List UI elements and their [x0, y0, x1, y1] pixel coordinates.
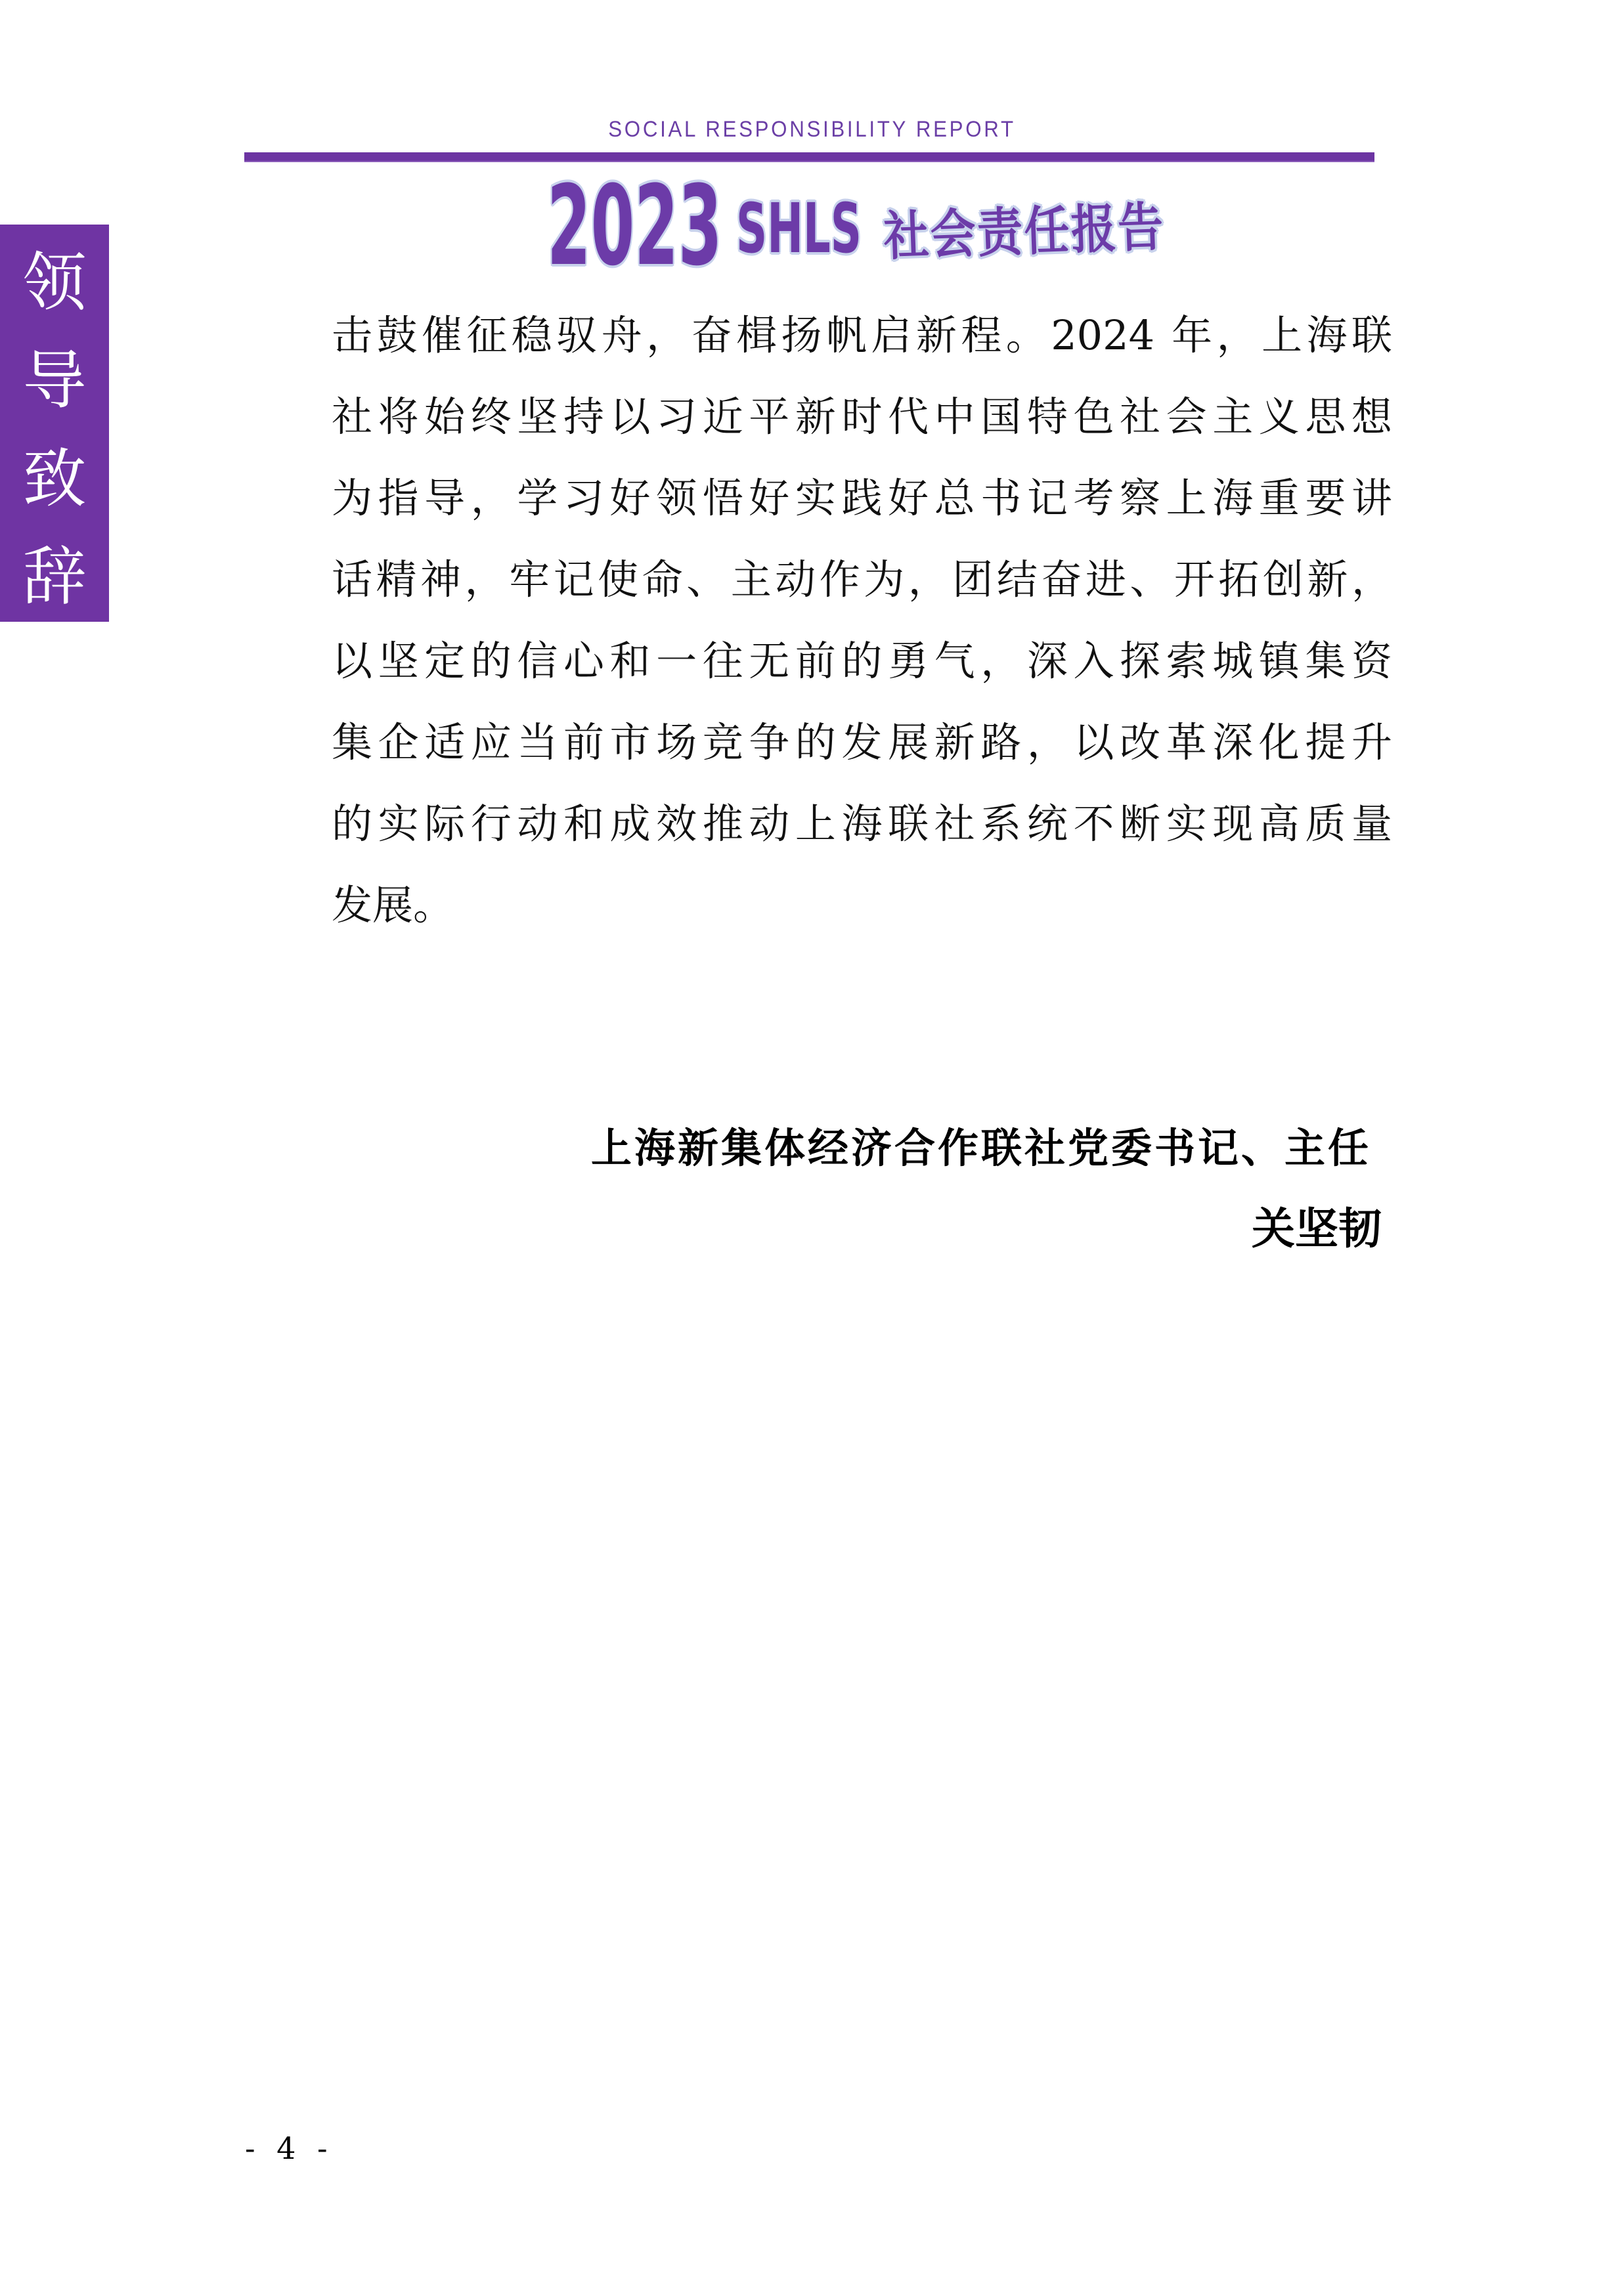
body-line: 的实际行动和成效推动上海联社系统不断实现高质量	[332, 783, 1392, 865]
logo-abbr: SHLS	[736, 198, 862, 260]
chapter-tab-char: 辞	[23, 545, 87, 609]
signature-title: 上海新集体经济合作联社党委书记、主任	[591, 1125, 1371, 1171]
body-line: 击鼓催征稳驭舟，奋楫扬帆启新程。2024 年，上海联	[332, 295, 1392, 376]
chapter-tab-char: 致	[23, 447, 87, 511]
report-page: SOCIAL RESPONSIBILITY REPORT 2023 SHLS 社…	[0, 0, 1624, 2296]
chapter-tab-leadership-address: 领 导 致 辞	[0, 225, 109, 622]
body-line: 集企适应当前市场竞争的发展新路，以改革深化提升	[332, 702, 1392, 783]
header-divider-bar	[244, 152, 1374, 162]
body-line: 社将始终坚持以习近平新时代中国特色社会主义思想	[332, 376, 1392, 458]
body-line: 发展。	[332, 865, 1392, 946]
chapter-tab-char: 导	[23, 349, 87, 412]
header-eyebrow-text: SOCIAL RESPONSIBILITY REPORT	[65, 117, 1559, 142]
body-line: 以坚定的信心和一往无前的勇气，深入探索城镇集资	[332, 620, 1392, 702]
page-number: - 4 -	[245, 2130, 328, 2167]
body-line: 为指导，学习好领悟好实践好总书记考察上海重要讲	[332, 458, 1392, 539]
signature-name: 关坚韧	[1252, 1204, 1382, 1253]
body-line: 话精神，牢记使命、主动作为，团结奋进、开拓创新，	[332, 539, 1392, 620]
logo-title-cn: 社会责任报告	[883, 200, 1166, 263]
logo-year: 2023	[547, 183, 722, 269]
body-paragraph: 击鼓催征稳驭舟，奋楫扬帆启新程。2024 年，上海联 社将始终坚持以习近平新时代…	[332, 295, 1392, 946]
report-logo: 2023 SHLS 社会责任报告	[547, 184, 1212, 269]
chapter-tab-char: 领	[23, 251, 87, 314]
